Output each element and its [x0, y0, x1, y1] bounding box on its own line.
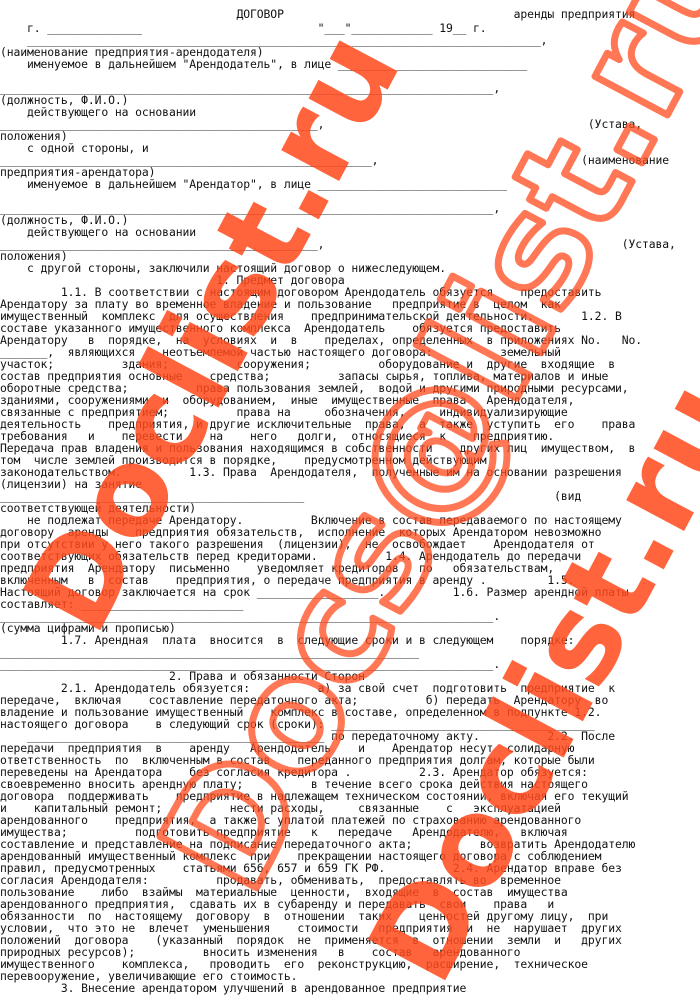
document-line: именуемое в дальнейшем "Арендатор", в ли…	[0, 178, 700, 190]
document-line: 3. Внесение арендатором улучшений в арен…	[0, 982, 700, 994]
document-line: ________________________________________…	[0, 118, 700, 130]
contract-document: ДОГОВОР аренды предприятия г. __________…	[0, 8, 700, 994]
document-line: ________________________________________…	[0, 238, 700, 250]
document-line: именуемое в дальнейшем "Арендодатель", в…	[0, 58, 700, 70]
document-line: ДОГОВОР аренды предприятия	[0, 8, 700, 22]
